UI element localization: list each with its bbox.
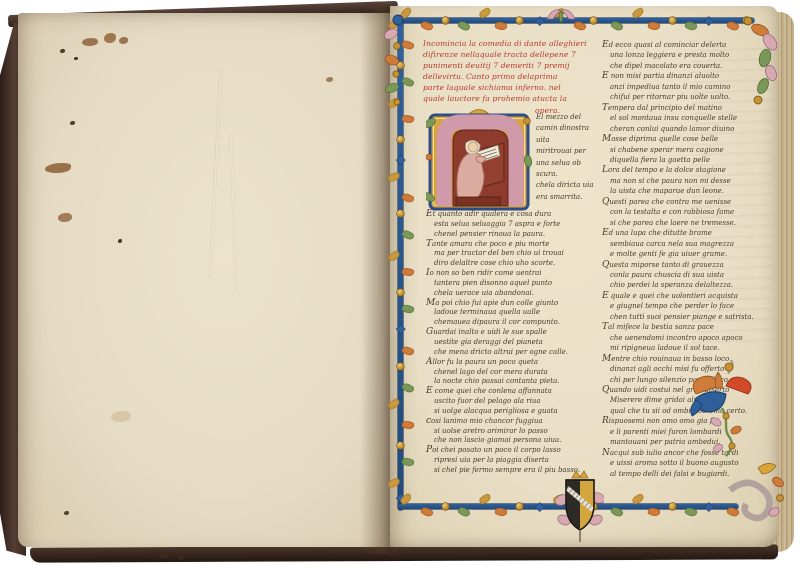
verse-line: Mosse diprima quelle cose belle: [602, 134, 774, 144]
verse-line: miritrouai per: [536, 146, 612, 157]
verse-line: che uenendomi incontro apoco apoco: [602, 333, 774, 343]
acanthus-leaf: [457, 19, 471, 33]
verse-line: e giugnel tempo che perder lo face: [602, 301, 774, 311]
acanthus-leaf: [420, 505, 434, 518]
blue-knot: [705, 502, 713, 510]
acanthus-leaf: [610, 505, 624, 518]
verse-line: Poi chei posato un poco il corpo lasso: [426, 446, 606, 456]
verse-line: chenel lago del cor mera durata: [426, 368, 606, 378]
blue-knot: [536, 502, 544, 510]
verse-line: si uolge alacqua perigliosa e guata: [426, 407, 606, 417]
verse-line: Questa miporse tanto di grauezza: [602, 260, 774, 270]
verse-line: chemauea dipaura il cor compunto.: [426, 318, 606, 328]
acanthus-leaf: [401, 456, 415, 468]
verse-line: tantera pien disonno aquel punto: [426, 279, 606, 289]
gold-bezant: [442, 17, 449, 24]
verse-line: una lonza leggiera e presta molto: [602, 50, 774, 60]
manuscript-photograph: Incomincia la comedia di dante alleghier…: [0, 0, 800, 568]
verse-line: Allor fu la paura un poco queta: [426, 358, 606, 368]
acanthus-leaf: [401, 266, 415, 277]
verse-line: Tante amara che poco e piu morte: [426, 240, 606, 250]
verse-line: scura.: [536, 169, 612, 180]
verse-line: ma per tractar del ben chio ui trouai: [426, 249, 606, 259]
gold-bezant: [397, 136, 404, 143]
parchment-stain: [111, 411, 131, 422]
verse-line: era smarrita.: [536, 192, 612, 203]
gold-bezant: [516, 17, 523, 24]
parchment-crease: [209, 68, 223, 278]
palmette-ornament: [544, 6, 578, 24]
verse-line: Ma poi chio fui apie dun colle giunto: [426, 299, 606, 309]
gold-bezant: [397, 289, 404, 296]
acanthus-leaf: [684, 506, 698, 518]
verse-line: uita: [536, 135, 612, 146]
verse-line: si chabene sperar mera cagione: [602, 145, 774, 155]
right-page-inferno-canto-1: Incomincia la comedia di dante alleghier…: [390, 6, 778, 547]
verse-line: el sol montaua insu conquelle stelle: [602, 113, 774, 123]
parchment-stain: [45, 163, 71, 173]
verse-line: si uolse aretro arimirar lo passo: [426, 427, 606, 437]
verse-line: cosi lanimo mio chancor fuggiua: [426, 417, 606, 427]
verse-line: E come quei che conlena affannata: [426, 387, 606, 397]
verse-line: chela uerace uia abandonai.: [426, 289, 606, 299]
left-page-blank-parchment: [18, 13, 394, 547]
blue-knot: [396, 325, 404, 333]
gold-bezant: [442, 503, 449, 510]
acanthus-leaf: [401, 113, 415, 125]
rubric-line: punimenti deuitij 7 demeriti 7 premij: [423, 60, 623, 71]
verse-line: la uista che maparue dun leone.: [602, 186, 774, 196]
verse-line: diquella fiera la gaetta pelle: [602, 155, 774, 165]
verse-line: E non misi partia dinanzi aluolto: [602, 71, 774, 81]
verse-line: chen tutti suoi pensier piange e satrist…: [602, 312, 774, 322]
acanthus-leaf: [684, 20, 698, 32]
verse-line: che mena dricto altrui per ogne calle.: [426, 348, 606, 358]
acanthus-leaf: [478, 493, 492, 505]
verse-line: diro delaltre cose chio uho scorte.: [426, 259, 606, 269]
acanthus-flower: [688, 360, 756, 460]
acanthus-leaf: [401, 192, 415, 205]
verse-line: chio perdei la speranza delaltezza.: [602, 280, 774, 290]
gold-bezant: [516, 503, 523, 510]
acanthus-leaf: [494, 20, 508, 32]
verse-line: camin dinostra: [536, 123, 612, 134]
parchment-crease: [229, 133, 238, 293]
parchment-stain: [82, 38, 98, 46]
parchment-stain: [118, 239, 122, 243]
verse-line: E quale e quei che uolontieri acquista: [602, 291, 774, 301]
verse-line: conla paura chuscia di sua uista: [602, 270, 774, 280]
acanthus-leaf: [647, 20, 661, 31]
acanthus-leaf: [420, 19, 434, 32]
verse-line: chela diricta uia: [536, 180, 612, 191]
gold-bezant: [669, 503, 676, 510]
parchment-stain: [119, 37, 128, 44]
verse-line: Io non so ben ridir come uentrai: [426, 269, 606, 279]
corner-scroll-flourish: [728, 458, 790, 524]
verse-line: El mezzo del: [536, 112, 612, 123]
verse-line: Ed ecco quasi al cominciar delerta: [602, 40, 774, 50]
acanthus-leaf: [401, 228, 415, 241]
verse-line: anzi impediua tanto il mio camino: [602, 82, 774, 92]
blue-knot: [396, 156, 404, 164]
verse-line: sembiaua carca nela sua magrezza: [602, 239, 774, 249]
verse-line: chifui per ritornar piu uolte uolto.: [602, 92, 774, 102]
verse-line: ripresi uia per la piaggia diserta: [426, 456, 606, 466]
parchment-stain: [74, 57, 78, 60]
acanthus-leaf: [494, 506, 508, 518]
verse-line: esta selua seluaggia 7 aspra e forte: [426, 220, 606, 230]
verse-line: Tempera dal principio del matino: [602, 103, 774, 113]
acanthus-leaf: [387, 172, 401, 183]
rubric-line: Incomincia la comedia di dante alleghier…: [423, 38, 623, 49]
gold-bezant: [590, 17, 597, 24]
verse-line: ladoue terminaua quella ualle: [426, 308, 606, 318]
verse-line: con la testalta e con rabbiosa fame: [602, 207, 774, 217]
rubric-line: difirenze nellaquale tracta dellepene 7: [423, 49, 623, 60]
verse-line: mi ripigneua ladoue il sol tace.: [602, 343, 774, 353]
verse-line: uscito fuor del pelago ala riua: [426, 397, 606, 407]
verse-line: che non lascio giamai persona uiua.: [426, 436, 606, 446]
verse-line: cheran conlui quando lamor diuino: [602, 124, 774, 134]
verse-line: Tal mifece la bestia sanza pace: [602, 322, 774, 332]
verse-line: una selua ob: [536, 158, 612, 169]
illuminated-initial-N-author-portrait: [426, 109, 532, 213]
acanthus-leaf: [401, 381, 415, 394]
verse-line: si che parea che laere ne tremesse.: [602, 218, 774, 228]
corner-flourish: [383, 12, 409, 108]
acanthus-leaf: [631, 7, 645, 19]
coat-of-arms-shield: [556, 468, 604, 544]
acanthus-leaf: [401, 419, 415, 430]
verse-line: la nocte chio passai contanta pieta.: [426, 377, 606, 387]
verse-line: ma non si che paura non mi desse: [602, 176, 774, 186]
book-bottom-edge: [30, 544, 778, 562]
acanthus-leaf: [387, 478, 401, 489]
verse-line: che dipel macolato era couerta.: [602, 61, 774, 71]
verse-line: Questi parea che contra me uenisse: [602, 197, 774, 207]
acanthus-leaf: [610, 19, 624, 32]
verse-line: Et quanto adir qualera e cosa dura: [426, 210, 606, 220]
parchment-stain: [64, 511, 69, 515]
acanthus-leaf: [647, 506, 661, 517]
parchment-stain: [326, 77, 333, 82]
acanthus-leaf: [457, 505, 471, 519]
gold-bezant: [669, 17, 676, 24]
blue-knot: [536, 16, 544, 24]
verse-line: Guardai inalto e uidi le sue spalle: [426, 328, 606, 338]
rubric: Incomincia la comedia di dante alleghier…: [423, 38, 623, 116]
left-text-column: Et quanto adir qualera e cosa duraesta s…: [426, 210, 606, 476]
verse-line: chenel pensier rinoua la paura.: [426, 230, 606, 240]
gold-bezant: [397, 210, 404, 217]
blue-knot: [705, 16, 713, 24]
verse-line: uestite gia deraggi del pianeta: [426, 338, 606, 348]
verse-line: Lora del tempo e la dolce stagione: [602, 165, 774, 175]
gold-bezant: [397, 363, 404, 370]
parchment-stain: [58, 213, 72, 222]
rubric-line: parte laquale sichiama inferno. nel: [423, 82, 623, 93]
acanthus-leaf: [401, 345, 415, 358]
acanthus-leaf: [631, 493, 645, 505]
acanthus-leaf: [401, 303, 415, 315]
incipit-text: El mezzo delcamin dinostrauitamiritrouai…: [536, 112, 612, 203]
rubric-line: quale lauctore fa prohemio atucta la: [423, 93, 623, 104]
parchment-stain: [60, 49, 65, 53]
parchment-stain: [70, 121, 75, 125]
parchment-stain: [104, 33, 116, 43]
rubric-line: dellevirtu. Canto primo delaprima: [423, 71, 623, 82]
verse-line: Ed una lupa che ditutte brame: [602, 228, 774, 238]
acanthus-leaf: [478, 7, 492, 19]
verse-line: e molte genti fe gia uiuer grame.: [602, 249, 774, 259]
gold-bezant: [397, 442, 404, 449]
